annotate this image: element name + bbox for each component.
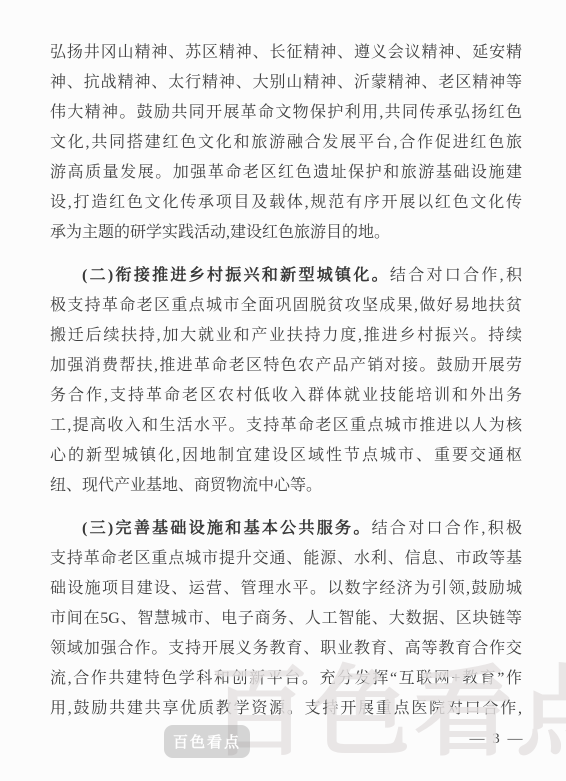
text-line: 纽、现代产业基地、商贸物流中心等。 — [50, 471, 522, 501]
text-line: 极支持革命老区重点城市全面巩固脱贫攻坚成果,做好易地扶贫 — [50, 291, 522, 321]
paragraph: 弘扬井冈山精神、苏区精神、长征精神、遵义会议精神、延安精神、抗战精神、太行精神、… — [50, 38, 522, 248]
body-text: 承为主题的研学实践活动,建设红色旅游目的地。 — [50, 224, 390, 241]
text-line: 领域加强合作。支持开展义务教育、职业教育、高等教育合作交 — [50, 634, 522, 664]
section-heading-text: (三)完善基础设施和基本公共服务。 — [82, 520, 372, 537]
body-text: 游高质量发展。加强革命老区红色遗址保护和旅游基础设施建 — [50, 164, 522, 181]
text-line: 支持革命老区重点城市提升交通、能源、水利、信息、市政等基 — [50, 544, 522, 574]
text-line: 设,打造红色文化传承项目及载体,规范有序开展以红色文化传 — [50, 188, 522, 218]
body-text: 加强消费帮扶,推进革命老区特色农产品产销对接。鼓励开展劳 — [50, 357, 522, 374]
text-line: (三)完善基础设施和基本公共服务。结合对口合作,积极 — [50, 514, 522, 544]
body-text: 流,合作共建特色学科和创新平台。充分发挥“互联网+教育”作 — [50, 670, 522, 687]
body-text: 工,提高收入和生活水平。支持革命老区重点城市推进以人为核 — [50, 417, 522, 434]
text-line: 伟大精神。鼓励共同开展革命文物保护利用,共同传承弘扬红色 — [50, 98, 522, 128]
text-line: 用,鼓励共建共享优质教学资源。支持开展重点医院对口合作, — [50, 694, 522, 724]
body-text: 市间在5G、智慧城市、电子商务、人工智能、大数据、区块链等 — [50, 610, 522, 627]
text-line: 游高质量发展。加强革命老区红色遗址保护和旅游基础设施建 — [50, 158, 522, 188]
text-line: 承为主题的研学实践活动,建设红色旅游目的地。 — [50, 218, 522, 248]
body-text: 设,打造红色文化传承项目及载体,规范有序开展以红色文化传 — [50, 194, 522, 211]
text-line: 弘扬井冈山精神、苏区精神、长征精神、遵义会议精神、延安精 — [50, 38, 522, 68]
text-line: (二)衔接推进乡村振兴和新型城镇化。结合对口合作,积 — [50, 261, 522, 291]
text-line: 市间在5G、智慧城市、电子商务、人工智能、大数据、区块链等 — [50, 604, 522, 634]
text-line: 务合作,支持革命老区农村低收入群体就业技能培训和外出务 — [50, 381, 522, 411]
body-text: 领域加强合作。支持开展义务教育、职业教育、高等教育合作交 — [50, 640, 522, 657]
text-line: 加强消费帮扶,推进革命老区特色农产品产销对接。鼓励开展劳 — [50, 351, 522, 381]
body-text: 础设施项目建设、运营、管理水平。以数字经济为引领,鼓励城 — [50, 580, 522, 597]
body-text: 结合对口合作,积极 — [372, 520, 522, 537]
body-text: 支持革命老区重点城市提升交通、能源、水利、信息、市政等基 — [50, 550, 522, 567]
body-text: 结合对口合作,积 — [390, 267, 522, 284]
body-text: 极支持革命老区重点城市全面巩固脱贫攻坚成果,做好易地扶贫 — [50, 297, 522, 314]
section-heading-text: (二)衔接推进乡村振兴和新型城镇化。 — [82, 267, 390, 284]
body-text: 搬迁后续扶持,加大就业和产业扶持力度,推进乡村振兴。持续 — [50, 327, 522, 344]
body-text: 务合作,支持革命老区农村低收入群体就业技能培训和外出务 — [50, 387, 522, 404]
document-body: 弘扬井冈山精神、苏区精神、长征精神、遵义会议精神、延安精神、抗战精神、太行精神、… — [50, 38, 522, 724]
text-line: 搬迁后续扶持,加大就业和产业扶持力度,推进乡村振兴。持续 — [50, 321, 522, 351]
body-text: 用,鼓励共建共享优质教学资源。支持开展重点医院对口合作, — [50, 700, 522, 717]
body-text: 弘扬井冈山精神、苏区精神、长征精神、遵义会议精神、延安精 — [50, 44, 522, 61]
text-line: 工,提高收入和生活水平。支持革命老区重点城市推进以人为核 — [50, 411, 522, 441]
document-page: 弘扬井冈山精神、苏区精神、长征精神、遵义会议精神、延安精神、抗战精神、太行精神、… — [0, 0, 566, 781]
text-line: 心的新型城镇化,因地制宜建设区域性节点城市、重要交通枢 — [50, 441, 522, 471]
page-number: — 3 — — [452, 731, 542, 748]
text-line: 文化,共同搭建红色文化和旅游融合发展平台,合作促进红色旅 — [50, 128, 522, 158]
body-text: 神、抗战精神、太行精神、大别山精神、沂蒙精神、老区精神等 — [50, 74, 522, 91]
paragraph: (三)完善基础设施和基本公共服务。结合对口合作,积极支持革命老区重点城市提升交通… — [50, 514, 522, 724]
body-text: 纽、现代产业基地、商贸物流中心等。 — [50, 477, 322, 494]
body-text: 心的新型城镇化,因地制宜建设区域性节点城市、重要交通枢 — [50, 447, 522, 464]
body-text: 文化,共同搭建红色文化和旅游融合发展平台,合作促进红色旅 — [50, 134, 522, 151]
text-line: 神、抗战精神、太行精神、大别山精神、沂蒙精神、老区精神等 — [50, 68, 522, 98]
watermark-badge: 百色看点 — [164, 725, 250, 758]
paragraph: (二)衔接推进乡村振兴和新型城镇化。结合对口合作,积极支持革命老区重点城市全面巩… — [50, 261, 522, 501]
text-line: 础设施项目建设、运营、管理水平。以数字经济为引领,鼓励城 — [50, 574, 522, 604]
body-text: 伟大精神。鼓励共同开展革命文物保护利用,共同传承弘扬红色 — [50, 104, 522, 121]
text-line: 流,合作共建特色学科和创新平台。充分发挥“互联网+教育”作 — [50, 664, 522, 694]
